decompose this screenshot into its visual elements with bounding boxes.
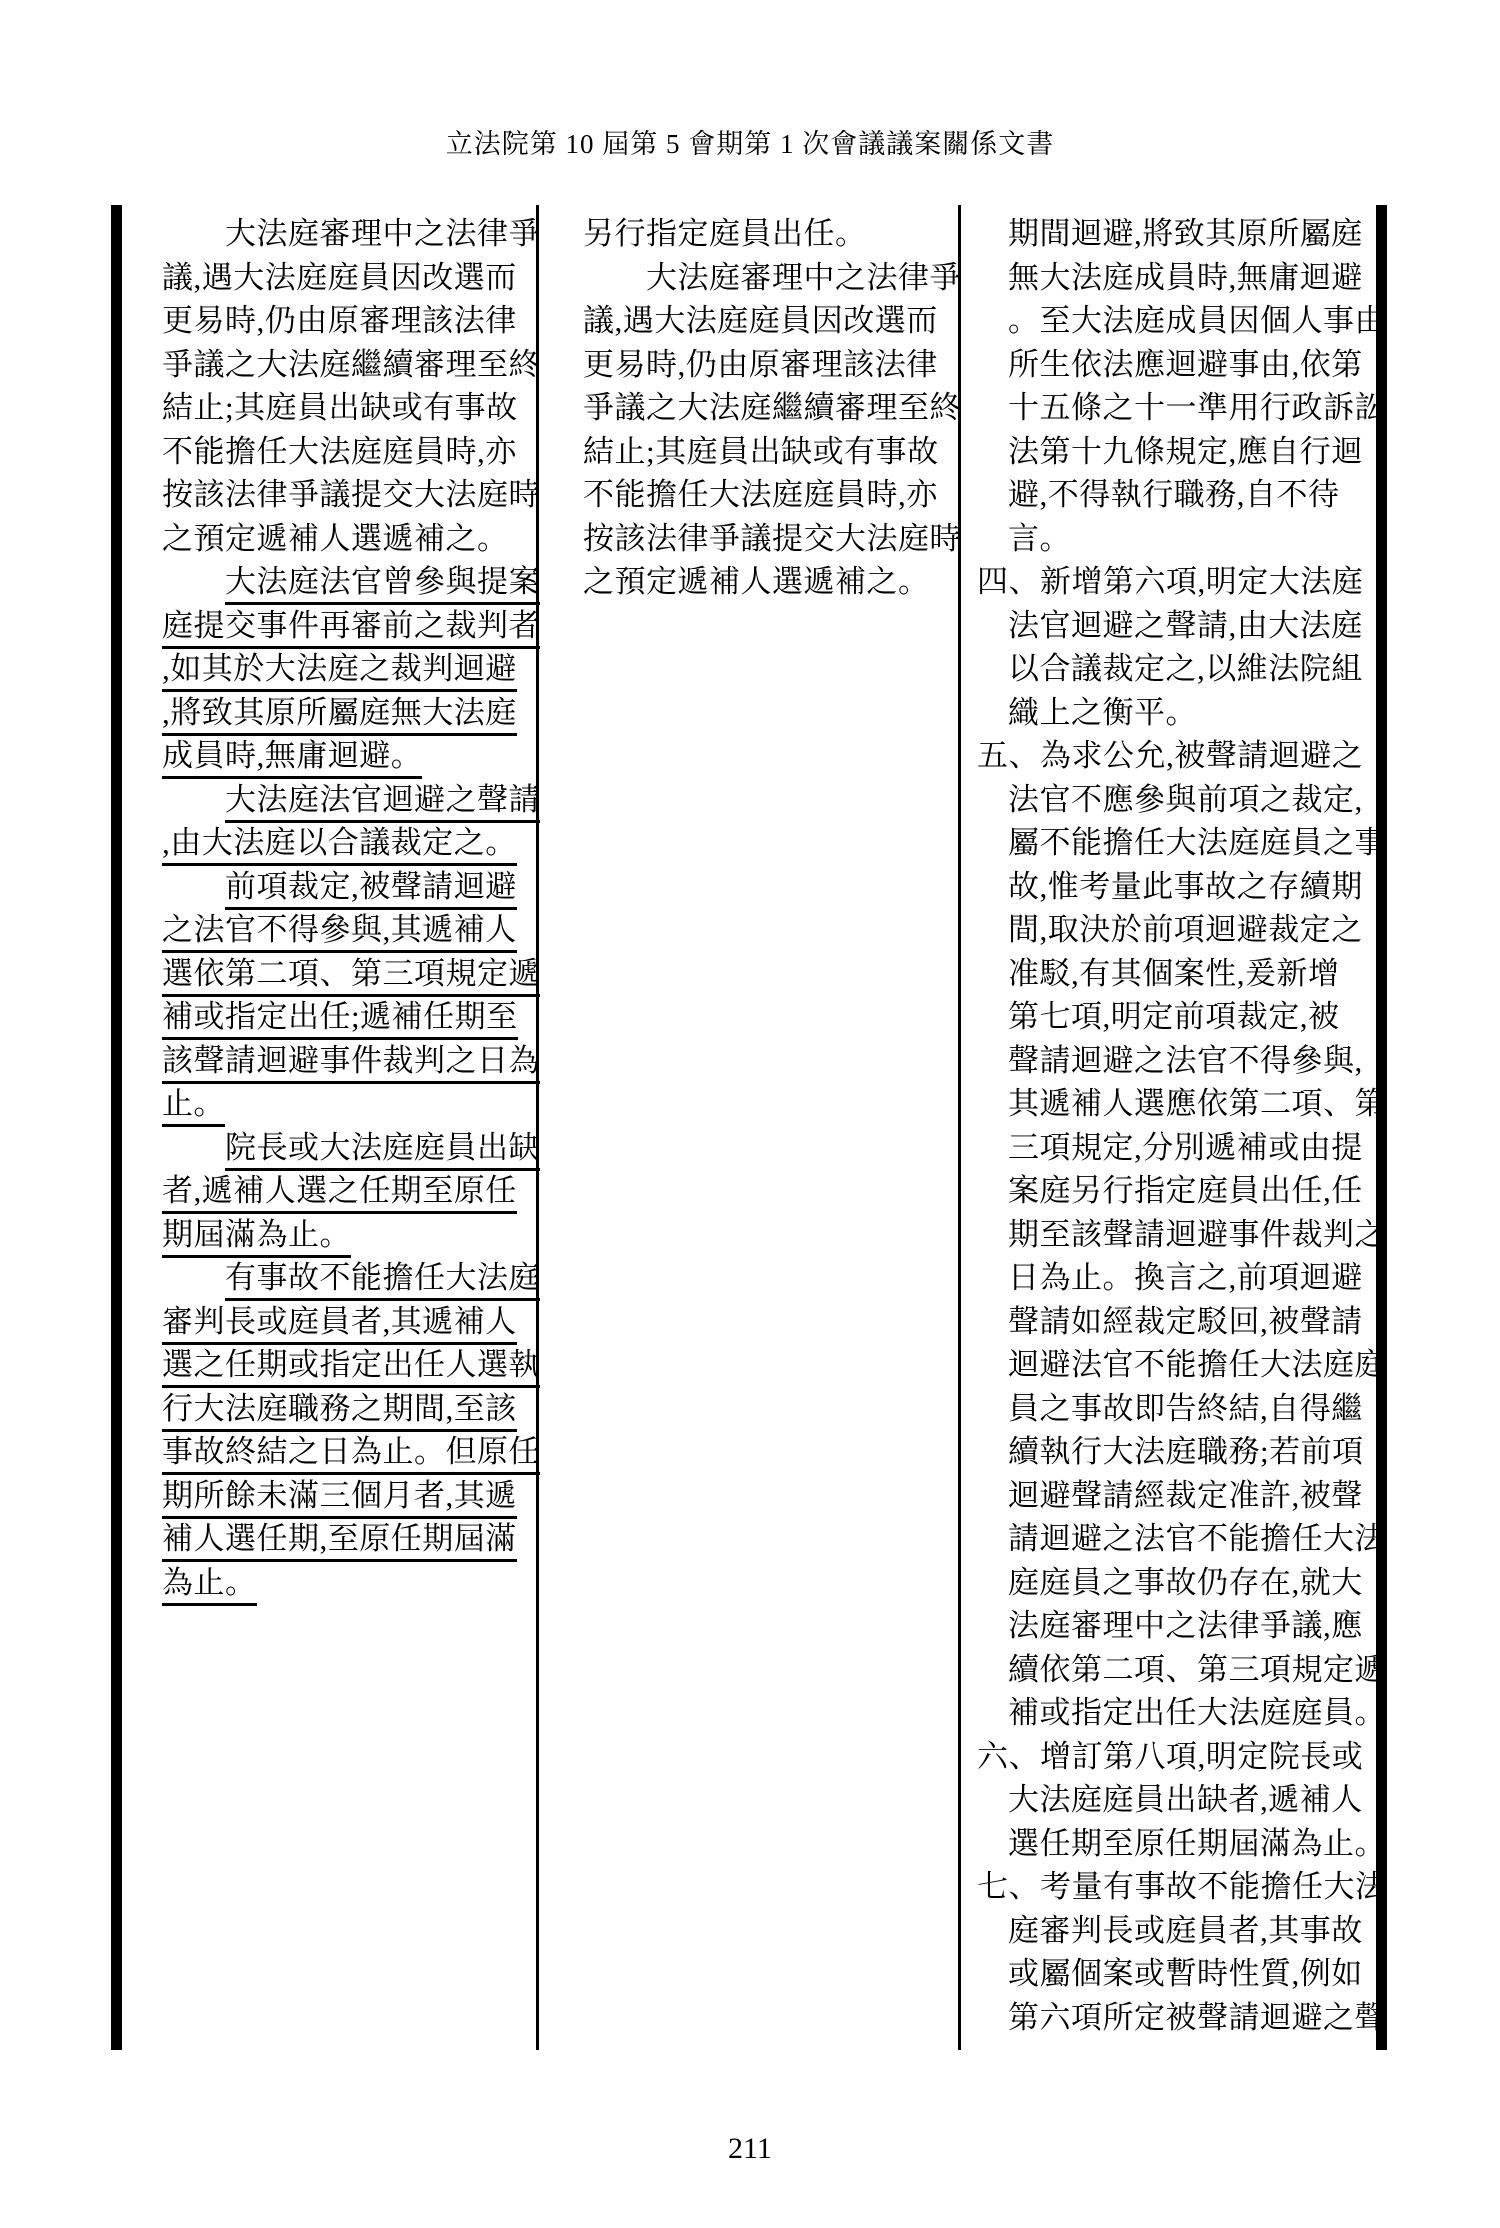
right-border-bar: [1376, 205, 1387, 2050]
text-line: 按該法律爭議提交大法庭時: [583, 517, 963, 561]
text-line: 請迴避之法官不能擔任大法: [977, 1517, 1375, 1561]
underlined-text: 院長或大法庭庭員出缺: [225, 1130, 540, 1171]
text-line: 第六項所定被聲請迴避之聲: [977, 1996, 1375, 2040]
text-line: 之法官不得參與,其遞補人: [162, 908, 542, 952]
line-text: 無大法庭成員時,無庸迴避: [1008, 260, 1363, 295]
text-line: 五、為求公允,被聲請迴避之: [977, 734, 1375, 778]
line-text: 避,不得執行職務,自不待: [1008, 477, 1340, 512]
line-text: 員之事故即告終結,自得繼: [1008, 1391, 1363, 1426]
line-text: 期至該聲請迴避事件裁判之: [1008, 1217, 1386, 1252]
text-line: 聲請迴避之法官不得參與,: [977, 1039, 1375, 1083]
line-text: 或屬個案或暫時性質,例如: [1008, 1956, 1363, 1991]
line-text: 聲請迴避之法官不得參與,: [1008, 1043, 1363, 1078]
line-text: 屬不能擔任大法庭庭員之事: [1008, 825, 1386, 860]
line-text: 其遞補人選應依第二項、第: [1008, 1086, 1386, 1121]
line-text: 三項規定,分別遞補或由提: [1008, 1130, 1363, 1165]
text-line: 避,不得執行職務,自不待: [977, 473, 1375, 517]
text-line: 選任期至原任期屆滿為止。: [977, 1822, 1375, 1866]
document-title: 立法院第 10 屆第 5 會期第 1 次會議議案關係文書: [446, 129, 1055, 159]
underlined-text: 選依第二項、第三項規定遞: [162, 956, 540, 997]
underlined-text: 該聲請迴避事件裁判之日為: [162, 1043, 540, 1084]
text-line: 補或指定出任;遞補任期至: [162, 995, 542, 1039]
line-text: 之預定遞補人選遞補之。: [583, 564, 930, 599]
line-text: 結止;其庭員出缺或有事故: [162, 390, 518, 425]
text-line: 續執行大法庭職務;若前項: [977, 1430, 1375, 1474]
text-line: 爭議之大法庭繼續審理至終: [162, 343, 542, 387]
underlined-text: 補人選任期,至原任期屆滿: [162, 1521, 517, 1562]
line-text: 以合議裁定之,以維法院組: [1008, 651, 1363, 686]
text-line: 事故終結之日為止。但原任: [162, 1430, 542, 1474]
line-text: 迴避聲請經裁定准許,被聲: [1008, 1478, 1363, 1513]
line-text: 法第十九條規定,應自行迴: [1008, 434, 1363, 469]
line-text: 准駁,有其個案性,爰新增: [1008, 956, 1340, 991]
text-line: 結止;其庭員出缺或有事故: [583, 430, 963, 474]
line-text: 聲請如經裁定駁回,被聲請: [1008, 1304, 1363, 1339]
line-text: 按該法律爭議提交大法庭時: [162, 477, 540, 512]
text-line: 審判長或庭員者,其遞補人: [162, 1300, 542, 1344]
line-text: 大法庭庭員出缺者,遞補人: [1008, 1782, 1363, 1817]
line-text: 按該法律爭議提交大法庭時: [583, 521, 961, 556]
line-text: 不能擔任大法庭庭員時,亦: [583, 477, 938, 512]
text-line: 期至該聲請迴避事件裁判之: [977, 1213, 1375, 1257]
text-line: 案庭另行指定庭員出任,任: [977, 1169, 1375, 1213]
text-line: 前項裁定,被聲請迴避: [162, 865, 542, 909]
line-text: 爭議之大法庭繼續審理至終: [583, 390, 961, 425]
line-text: 議,遇大法庭庭員因改選而: [162, 260, 517, 295]
text-line: 故,惟考量此事故之存續期: [977, 865, 1375, 909]
text-line: ,將致其原所屬庭無大法庭: [162, 691, 542, 735]
text-line: 之預定遞補人選遞補之。: [583, 560, 963, 604]
underlined-text: 選之任期或指定出任人選執: [162, 1347, 540, 1388]
line-text: 補或指定出任大法庭庭員。: [1008, 1695, 1386, 1730]
line-text: 日為止。換言之,前項迴避: [1008, 1260, 1363, 1295]
text-line: 止。: [162, 1082, 542, 1126]
underlined-text: 者,遞補人選之任期至原任: [162, 1173, 517, 1214]
line-text: 。至大法庭成員因個人事由: [1008, 303, 1386, 338]
line-text: 之預定遞補人選遞補之。: [162, 521, 509, 556]
underlined-text: 為止。: [162, 1565, 257, 1606]
underlined-text: 庭提交事件再審前之裁判者: [162, 608, 540, 649]
text-line: 以合議裁定之,以維法院組: [977, 647, 1375, 691]
text-line: 續依第二項、第三項規定遞: [977, 1648, 1375, 1692]
left-border-bar: [111, 205, 122, 2050]
text-line: 選之任期或指定出任人選執: [162, 1343, 542, 1387]
text-column-right: 期間迴避,將致其原所屬庭無大法庭成員時,無庸迴避。至大法庭成員因個人事由所生依法…: [977, 212, 1375, 2039]
text-line: 補人選任期,至原任期屆滿: [162, 1517, 542, 1561]
line-text: 更易時,仍由原審理該法律: [162, 303, 517, 338]
text-line: 不能擔任大法庭庭員時,亦: [583, 473, 963, 517]
text-line: 十五條之十一準用行政訴訟: [977, 386, 1375, 430]
text-line: 結止;其庭員出缺或有事故: [162, 386, 542, 430]
text-line: 大法庭庭員出缺者,遞補人: [977, 1778, 1375, 1822]
text-line: 法官迴避之聲請,由大法庭: [977, 604, 1375, 648]
text-line: 其遞補人選應依第二項、第: [977, 1082, 1375, 1126]
line-text: 爭議之大法庭繼續審理至終: [162, 347, 540, 382]
line-text: 六、增訂第八項,明定院長或: [977, 1739, 1363, 1774]
line-text: 大法庭審理中之法律爭: [225, 216, 540, 251]
line-text: 第七項,明定前項裁定,被: [1008, 999, 1340, 1034]
page-footer: 211: [0, 2132, 1500, 2166]
text-line: 三項規定,分別遞補或由提: [977, 1126, 1375, 1170]
underlined-text: 大法庭法官迴避之聲請: [225, 782, 540, 823]
text-line: 織上之衡平。: [977, 691, 1375, 735]
line-text: 言。: [1008, 521, 1071, 556]
document-page: 立法院第 10 屆第 5 會期第 1 次會議議案關係文書 大法庭審理中之法律爭議…: [0, 0, 1500, 2228]
line-text: 第六項所定被聲請迴避之聲: [1008, 2000, 1386, 2035]
line-text: 織上之衡平。: [1008, 695, 1197, 730]
line-text: 大法庭審理中之法律爭: [646, 260, 961, 295]
text-line: 法第十九條規定,應自行迴: [977, 430, 1375, 474]
line-text: 另行指定庭員出任。: [583, 216, 867, 251]
underlined-text: 期屆滿為止。: [162, 1217, 351, 1258]
underlined-text: 成員時,無庸迴避。: [162, 738, 422, 779]
underlined-text: ,將致其原所屬庭無大法庭: [162, 695, 517, 736]
line-text: 庭庭員之事故仍存在,就大: [1008, 1565, 1363, 1600]
underlined-text: 補或指定出任;遞補任期至: [162, 999, 518, 1040]
text-line: 法官不應參與前項之裁定,: [977, 778, 1375, 822]
text-line: 不能擔任大法庭庭員時,亦: [162, 430, 542, 474]
text-line: 四、新增第六項,明定大法庭: [977, 560, 1375, 604]
line-text: 不能擔任大法庭庭員時,亦: [162, 434, 517, 469]
text-line: 選依第二項、第三項規定遞: [162, 952, 542, 996]
text-line: ,由大法庭以合議裁定之。: [162, 821, 542, 865]
text-line: 有事故不能擔任大法庭: [162, 1256, 542, 1300]
line-text: 選任期至原任期屆滿為止。: [1008, 1826, 1386, 1861]
line-text: 法官不應參與前項之裁定,: [1008, 782, 1363, 817]
line-text: 更易時,仍由原審理該法律: [583, 347, 938, 382]
text-column-left: 大法庭審理中之法律爭議,遇大法庭庭員因改選而更易時,仍由原審理該法律爭議之大法庭…: [162, 212, 542, 1604]
text-line: 議,遇大法庭庭員因改選而: [162, 256, 542, 300]
line-text: 結止;其庭員出缺或有事故: [583, 434, 939, 469]
text-line: 法庭審理中之法律爭議,應: [977, 1604, 1375, 1648]
underlined-text: ,由大法庭以合議裁定之。: [162, 825, 517, 866]
line-text: 議,遇大法庭庭員因改選而: [583, 303, 938, 338]
text-line: 大法庭審理中之法律爭: [583, 256, 963, 300]
text-line: 庭庭員之事故仍存在,就大: [977, 1561, 1375, 1605]
text-line: 該聲請迴避事件裁判之日為: [162, 1039, 542, 1083]
underlined-text: 止。: [162, 1086, 225, 1127]
line-text: 庭審判長或庭員者,其事故: [1008, 1913, 1363, 1948]
text-line: 庭提交事件再審前之裁判者: [162, 604, 542, 648]
text-line: 庭審判長或庭員者,其事故: [977, 1909, 1375, 1953]
page-header: 立法院第 10 屆第 5 會期第 1 次會議議案關係文書: [0, 122, 1500, 161]
text-line: 屬不能擔任大法庭庭員之事: [977, 821, 1375, 865]
line-text: 續執行大法庭職務;若前項: [1008, 1434, 1364, 1469]
text-line: ,如其於大法庭之裁判迴避: [162, 647, 542, 691]
line-text: 續依第二項、第三項規定遞: [1008, 1652, 1386, 1687]
text-line: 之預定遞補人選遞補之。: [162, 517, 542, 561]
line-text: 四、新增第六項,明定大法庭: [977, 564, 1363, 599]
underlined-text: 審判長或庭員者,其遞補人: [162, 1304, 517, 1345]
line-text: 案庭另行指定庭員出任,任: [1008, 1173, 1363, 1208]
page-number: 211: [728, 2132, 772, 2165]
text-line: 爭議之大法庭繼續審理至終: [583, 386, 963, 430]
text-line: 准駁,有其個案性,爰新增: [977, 952, 1375, 996]
line-text: 請迴避之法官不能擔任大法: [1008, 1521, 1386, 1556]
line-text: 期間迴避,將致其原所屬庭: [1008, 216, 1363, 251]
text-line: 迴避法官不能擔任大法庭庭: [977, 1343, 1375, 1387]
text-line: 大法庭法官迴避之聲請: [162, 778, 542, 822]
text-line: 另行指定庭員出任。: [583, 212, 963, 256]
text-line: 或屬個案或暫時性質,例如: [977, 1952, 1375, 1996]
underlined-text: 大法庭法官曾參與提案: [225, 564, 540, 605]
line-text: 間,取決於前項迴避裁定之: [1008, 912, 1363, 947]
underlined-text: 前項裁定,被聲請迴避: [225, 869, 517, 910]
line-text: 十五條之十一準用行政訴訟: [1008, 390, 1386, 425]
underlined-text: 之法官不得參與,其遞補人: [162, 912, 517, 953]
text-line: 六、增訂第八項,明定院長或: [977, 1735, 1375, 1779]
text-line: 期所餘未滿三個月者,其遞: [162, 1474, 542, 1518]
text-line: 補或指定出任大法庭庭員。: [977, 1691, 1375, 1735]
text-line: 第七項,明定前項裁定,被: [977, 995, 1375, 1039]
line-text: 五、為求公允,被聲請迴避之: [977, 738, 1363, 773]
line-text: 迴避法官不能擔任大法庭庭: [1008, 1347, 1386, 1382]
text-line: 行大法庭職務之期間,至該: [162, 1387, 542, 1431]
text-line: 言。: [977, 517, 1375, 561]
text-line: 院長或大法庭庭員出缺: [162, 1126, 542, 1170]
underlined-text: 有事故不能擔任大法庭: [225, 1260, 540, 1301]
text-line: 七、考量有事故不能擔任大法: [977, 1865, 1375, 1909]
text-line: 日為止。換言之,前項迴避: [977, 1256, 1375, 1300]
text-line: 者,遞補人選之任期至原任: [162, 1169, 542, 1213]
text-line: 更易時,仍由原審理該法律: [162, 299, 542, 343]
text-line: 員之事故即告終結,自得繼: [977, 1387, 1375, 1431]
underlined-text: ,如其於大法庭之裁判迴避: [162, 651, 517, 692]
text-line: 期間迴避,將致其原所屬庭: [977, 212, 1375, 256]
line-text: 七、考量有事故不能擔任大法: [977, 1869, 1387, 1904]
text-line: 更易時,仍由原審理該法律: [583, 343, 963, 387]
line-text: 法庭審理中之法律爭議,應: [1008, 1608, 1363, 1643]
text-line: 所生依法應迴避事由,依第: [977, 343, 1375, 387]
text-line: 間,取決於前項迴避裁定之: [977, 908, 1375, 952]
text-line: 迴避聲請經裁定准許,被聲: [977, 1474, 1375, 1518]
text-line: 期屆滿為止。: [162, 1213, 542, 1257]
text-line: 議,遇大法庭庭員因改選而: [583, 299, 963, 343]
text-line: 按該法律爭議提交大法庭時: [162, 473, 542, 517]
line-text: 法官迴避之聲請,由大法庭: [1008, 608, 1363, 643]
text-line: 成員時,無庸迴避。: [162, 734, 542, 778]
underlined-text: 事故終結之日為止。但原任: [162, 1434, 540, 1475]
text-line: 無大法庭成員時,無庸迴避: [977, 256, 1375, 300]
text-line: 大法庭審理中之法律爭: [162, 212, 542, 256]
text-line: 大法庭法官曾參與提案: [162, 560, 542, 604]
text-line: 。至大法庭成員因個人事由: [977, 299, 1375, 343]
line-text: 所生依法應迴避事由,依第: [1008, 347, 1363, 382]
text-line: 聲請如經裁定駁回,被聲請: [977, 1300, 1375, 1344]
text-line: 為止。: [162, 1561, 542, 1605]
underlined-text: 行大法庭職務之期間,至該: [162, 1391, 517, 1432]
underlined-text: 期所餘未滿三個月者,其遞: [162, 1478, 517, 1519]
text-column-middle: 另行指定庭員出任。大法庭審理中之法律爭議,遇大法庭庭員因改選而更易時,仍由原審理…: [583, 212, 963, 604]
line-text: 故,惟考量此事故之存續期: [1008, 869, 1363, 904]
